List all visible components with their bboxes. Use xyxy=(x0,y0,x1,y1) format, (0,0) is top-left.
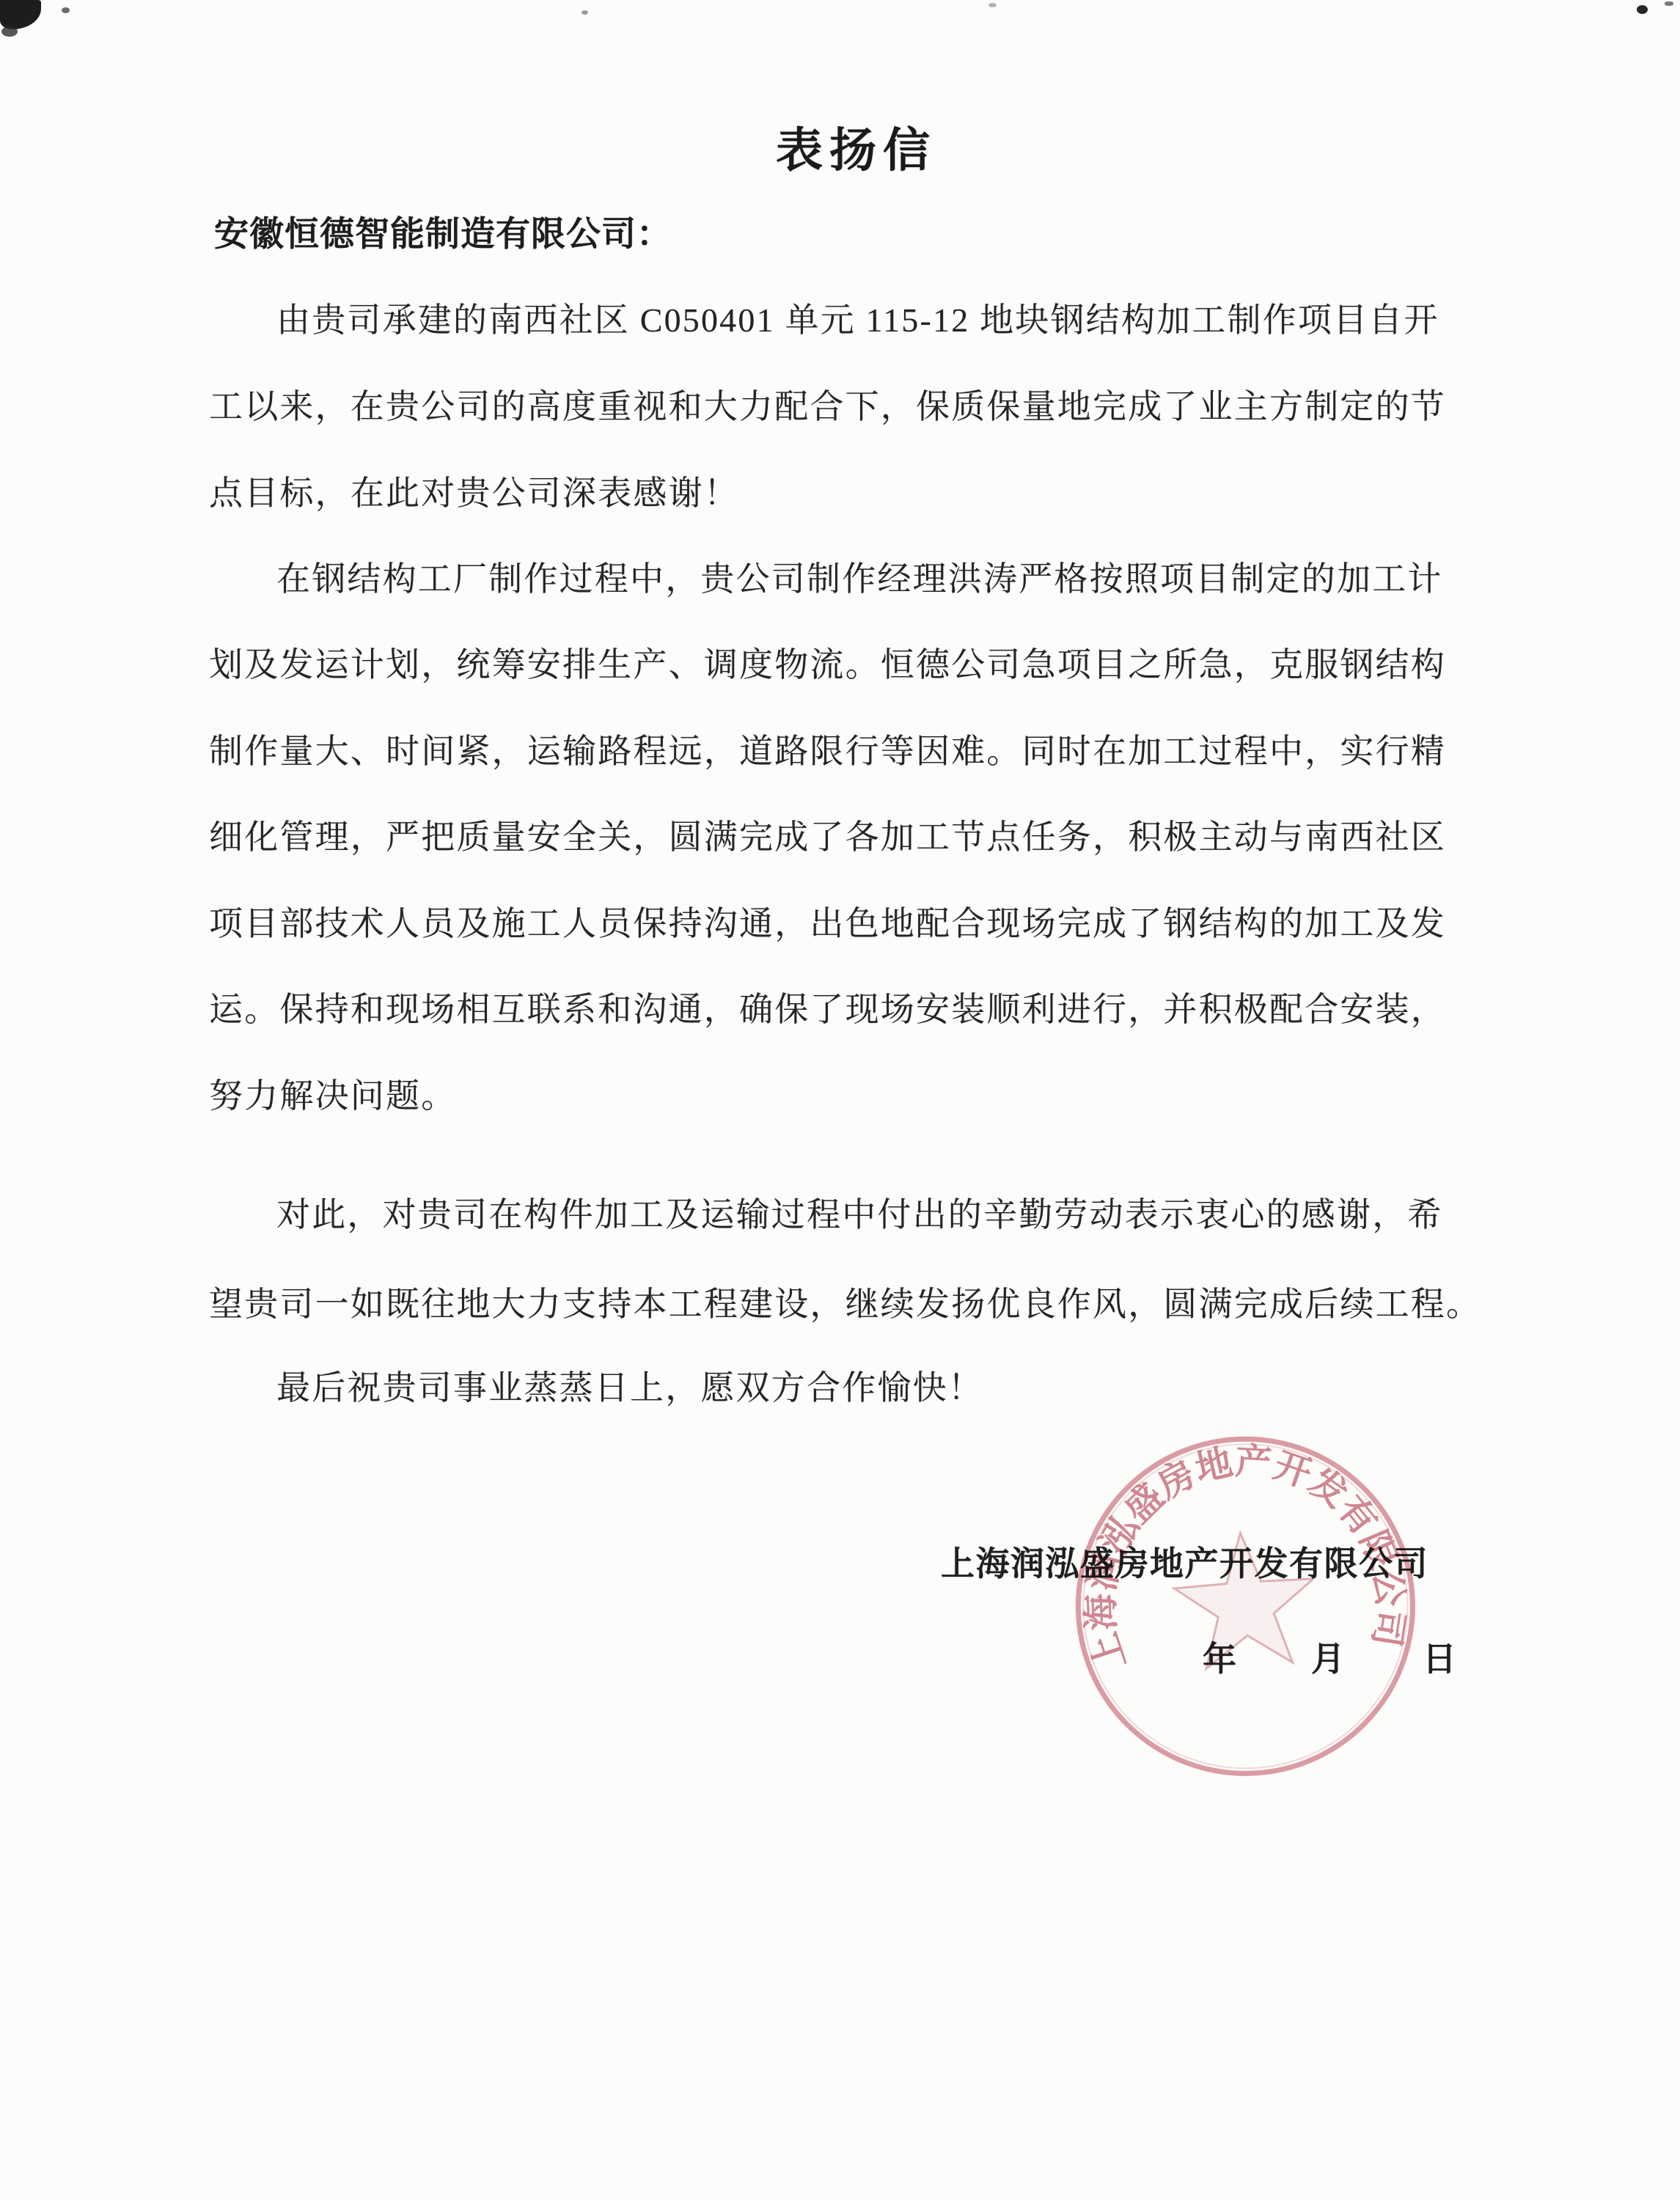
scan-artifact-corner xyxy=(0,0,41,29)
scan-artifact-speck xyxy=(1637,5,1648,14)
scan-artifact-speck xyxy=(1665,1,1673,6)
body-line-6: 制作量大、时间紧，运输路程远，道路限行等因难。同时在加工过程中，实行精 xyxy=(209,725,1446,773)
body-line-11: 对此，对贵司在构件加工及运输过程中付出的辛勤劳动表示衷心的感谢，希 xyxy=(276,1188,1443,1236)
body-line-10: 努力解决问题。 xyxy=(209,1069,456,1118)
body-line-13: 最后祝贵司事业蒸蒸日上，愿双方合作愉快！ xyxy=(276,1361,983,1409)
body-line-3: 点目标，在此对贵公司深表感谢！ xyxy=(209,466,739,515)
seal-star-icon xyxy=(1171,1528,1319,1671)
letter-title: 表扬信 xyxy=(776,113,936,180)
body-line-5: 划及发运计划，统筹安排生产、调度物流。恒德公司急项目之所急，克服钢结构 xyxy=(209,638,1446,686)
body-line-7: 细化管理，严把质量安全关，圆满完成了各加工节点任务，积极主动与南西社区 xyxy=(209,810,1446,859)
scanned-letter-page: 表扬信 安徽恒德智能制造有限公司： 由贵司承建的南西社区 C050401 单元 … xyxy=(0,0,1680,2200)
body-line-4: 在钢结构工厂制作过程中，贵公司制作经理洪涛严格按照项目制定的加工计 xyxy=(276,552,1443,601)
body-line-1: 由贵司承建的南西社区 C050401 单元 115-12 地块钢结构加工制作项目… xyxy=(276,293,1439,342)
scan-artifact-corner-smudge xyxy=(1,26,18,37)
body-line-9: 运。保持和现场相互联系和沟通，确保了现场安装顺利进行，并积极配合安装， xyxy=(209,983,1446,1031)
company-seal-stamp: 上海润泓盛房地产开发有限公司 xyxy=(1057,1411,1441,1794)
body-line-8: 项目部技术人员及施工人员保持沟通，出色地配合现场完成了钢结构的加工及发 xyxy=(209,897,1446,945)
scan-artifact-speck xyxy=(988,3,997,7)
letter-salutation: 安徽恒德智能制造有限公司： xyxy=(214,207,672,256)
scan-artifact-speck xyxy=(62,7,70,13)
body-line-12: 望贵司一如既往地大力支持本工程建设，继续发扬优良作风，圆满完成后续工程。 xyxy=(209,1277,1481,1326)
body-line-2: 工以来，在贵公司的高度重视和大力配合下，保质保量地完成了业主方制定的节 xyxy=(209,380,1446,428)
scan-artifact-speck xyxy=(582,10,588,15)
